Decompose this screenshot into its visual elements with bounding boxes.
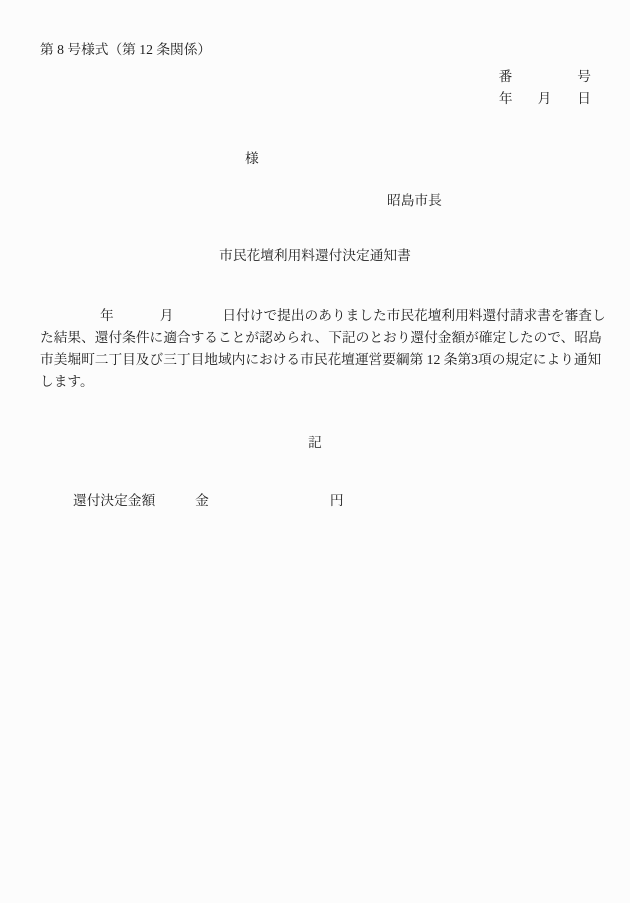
document-page: 第 8 号様式（第 12 条関係） 番号 年月日 様 昭島市長 市民花壇利用料還… xyxy=(0,0,630,903)
body-line-2: た結果、還付条件に適合することが認められ、下記のとおり還付金額が確定したので、昭… xyxy=(40,327,594,349)
refund-amount-line: 還付決定金額金円 xyxy=(40,489,344,509)
day-blank-field xyxy=(551,102,577,103)
body-paragraph: 年月日付けで提出のありました市民花壇利用料還付請求書を審査し た結果、還付条件に… xyxy=(40,305,594,393)
month-blank-field xyxy=(513,102,538,103)
sender-line: 昭島市長 xyxy=(387,189,442,209)
recipient-honorific-label: 様 xyxy=(245,151,259,166)
sender-title-label: 昭島市長 xyxy=(387,193,442,208)
body-month-label: 月 xyxy=(160,308,174,323)
amount-blank-field xyxy=(209,504,330,505)
currency-unit-label: 円 xyxy=(330,493,344,508)
document-number-line: 番号 xyxy=(499,65,591,85)
amount-line-indent xyxy=(40,504,73,505)
year-label: 年 xyxy=(499,91,513,106)
body-line-3: 市美堀町二丁目及び三丁目地域内における市民花壇運営要綱第 12 条第3項の規定に… xyxy=(40,349,594,371)
body-line-4: します。 xyxy=(40,371,594,393)
amount-gap xyxy=(155,504,195,505)
section-marker-ki: 記 xyxy=(0,431,630,451)
body-month-blank-field xyxy=(114,319,160,320)
body-line-1-text: 日付けで提出のありました市民花壇利用料還付請求書を審査し xyxy=(222,308,605,323)
document-number-blank-field xyxy=(512,80,577,81)
document-title: 市民花壇利用料還付決定通知書 xyxy=(0,244,630,264)
body-year-label: 年 xyxy=(100,308,114,323)
number-label: 番 xyxy=(499,69,513,84)
body-line-1: 年月日付けで提出のありました市民花壇利用料還付請求書を審査し xyxy=(40,305,594,327)
body-year-blank-field xyxy=(40,319,100,320)
month-label: 月 xyxy=(538,91,552,106)
refund-amount-label: 還付決定金額 xyxy=(73,493,155,508)
document-date-line: 年月日 xyxy=(499,87,591,107)
day-label: 日 xyxy=(577,91,591,106)
number-suffix-label: 号 xyxy=(577,69,591,84)
form-number-label: 第 8 号様式（第 12 条関係） xyxy=(40,38,211,58)
recipient-line: 様 xyxy=(245,147,259,167)
currency-prefix-label: 金 xyxy=(195,493,209,508)
body-day-blank-field xyxy=(173,319,222,320)
